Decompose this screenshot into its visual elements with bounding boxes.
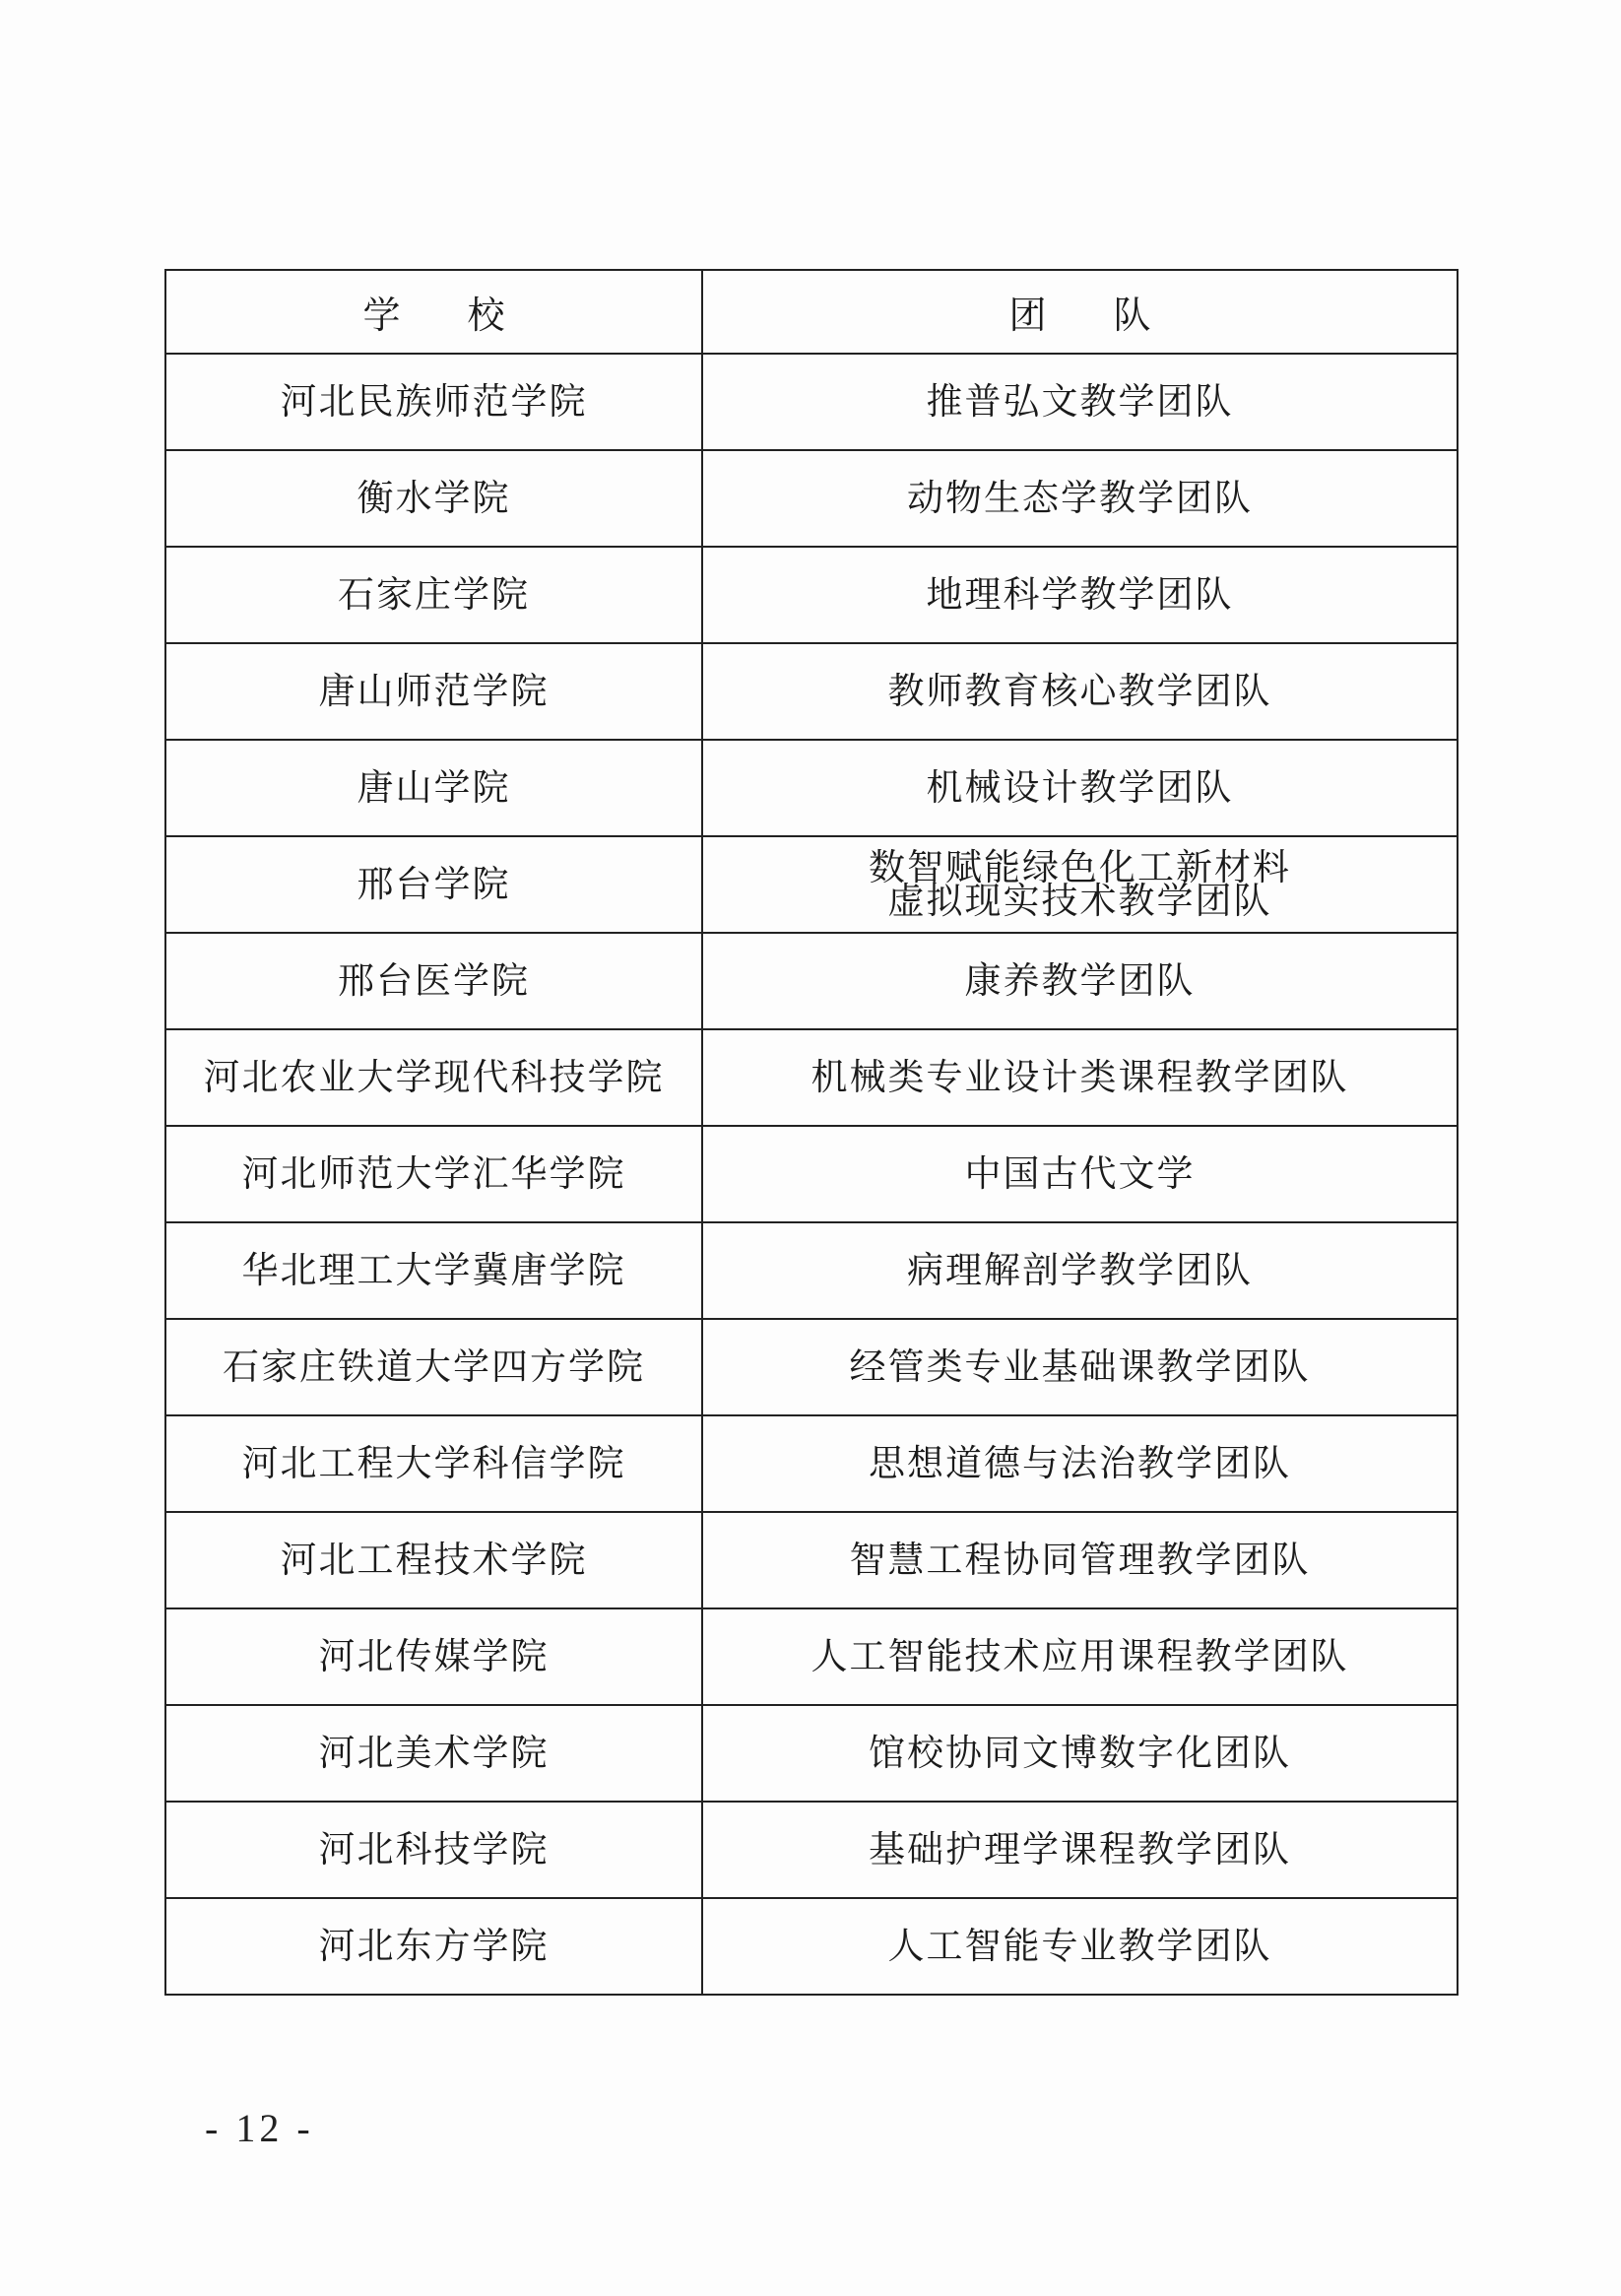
team-cell: 中国古代文学 <box>702 1126 1458 1222</box>
school-cell: 衡水学院 <box>165 450 702 547</box>
school-cell: 邢台医学院 <box>165 933 702 1029</box>
table-row: 唐山师范学院教师教育核心教学团队 <box>165 643 1458 740</box>
team-cell: 动物生态学教学团队 <box>702 450 1458 547</box>
school-cell: 唐山师范学院 <box>165 643 702 740</box>
team-cell: 机械类专业设计类课程教学团队 <box>702 1029 1458 1126</box>
page-number: - 12 - <box>205 2105 314 2151</box>
school-team-table: 学 校 团 队 河北民族师范学院推普弘文教学团队 衡水学院动物生态学教学团队 石… <box>164 269 1459 1996</box>
table-row: 邢台医学院康养教学团队 <box>165 933 1458 1029</box>
team-cell: 地理科学教学团队 <box>702 547 1458 643</box>
team-cell: 智慧工程协同管理教学团队 <box>702 1512 1458 1608</box>
header-school: 学 校 <box>165 270 702 354</box>
team-cell: 思想道德与法治教学团队 <box>702 1415 1458 1512</box>
header-team-label: 团 队 <box>1008 294 1178 337</box>
table-row: 唐山学院机械设计教学团队 <box>165 740 1458 836</box>
header-team: 团 队 <box>702 270 1458 354</box>
team-cell: 教师教育核心教学团队 <box>702 643 1458 740</box>
school-cell: 河北工程大学科信学院 <box>165 1415 702 1512</box>
table-row: 河北工程技术学院智慧工程协同管理教学团队 <box>165 1512 1458 1608</box>
team-cell: 机械设计教学团队 <box>702 740 1458 836</box>
school-cell: 河北传媒学院 <box>165 1608 702 1705</box>
table-row: 邢台学院数智赋能绿色化工新材料虚拟现实技术教学团队 <box>165 836 1458 933</box>
school-cell: 河北科技学院 <box>165 1802 702 1898</box>
team-cell: 人工智能技术应用课程教学团队 <box>702 1608 1458 1705</box>
team-cell: 馆校协同文博数字化团队 <box>702 1705 1458 1802</box>
document-page: 学 校 团 队 河北民族师范学院推普弘文教学团队 衡水学院动物生态学教学团队 石… <box>0 0 1621 2296</box>
table-row: 石家庄铁道大学四方学院经管类专业基础课教学团队 <box>165 1319 1458 1415</box>
school-cell: 邢台学院 <box>165 836 702 933</box>
school-cell: 河北东方学院 <box>165 1898 702 1995</box>
table-row: 河北美术学院馆校协同文博数字化团队 <box>165 1705 1458 1802</box>
table-row: 石家庄学院地理科学教学团队 <box>165 547 1458 643</box>
school-cell: 石家庄铁道大学四方学院 <box>165 1319 702 1415</box>
table-row: 河北科技学院基础护理学课程教学团队 <box>165 1802 1458 1898</box>
school-cell: 河北民族师范学院 <box>165 354 702 450</box>
team-cell: 康养教学团队 <box>702 933 1458 1029</box>
table-row: 河北东方学院人工智能专业教学团队 <box>165 1898 1458 1995</box>
table-row: 河北传媒学院人工智能技术应用课程教学团队 <box>165 1608 1458 1705</box>
school-cell: 唐山学院 <box>165 740 702 836</box>
school-cell: 石家庄学院 <box>165 547 702 643</box>
table-header-row: 学 校 团 队 <box>165 270 1458 354</box>
table-row: 河北农业大学现代科技学院机械类专业设计类课程教学团队 <box>165 1029 1458 1126</box>
table-row: 河北工程大学科信学院思想道德与法治教学团队 <box>165 1415 1458 1512</box>
team-cell: 基础护理学课程教学团队 <box>702 1802 1458 1898</box>
team-cell: 推普弘文教学团队 <box>702 354 1458 450</box>
table-row: 河北师范大学汇华学院中国古代文学 <box>165 1126 1458 1222</box>
table-row: 河北民族师范学院推普弘文教学团队 <box>165 354 1458 450</box>
school-cell: 河北工程技术学院 <box>165 1512 702 1608</box>
table-row: 华北理工大学冀唐学院病理解剖学教学团队 <box>165 1222 1458 1319</box>
header-school-label: 学 校 <box>362 294 532 337</box>
school-cell: 华北理工大学冀唐学院 <box>165 1222 702 1319</box>
school-cell: 河北农业大学现代科技学院 <box>165 1029 702 1126</box>
team-cell: 人工智能专业教学团队 <box>702 1898 1458 1995</box>
school-cell: 河北美术学院 <box>165 1705 702 1802</box>
table-row: 衡水学院动物生态学教学团队 <box>165 450 1458 547</box>
team-cell: 数智赋能绿色化工新材料虚拟现实技术教学团队 <box>702 836 1458 933</box>
school-cell: 河北师范大学汇华学院 <box>165 1126 702 1222</box>
team-cell: 病理解剖学教学团队 <box>702 1222 1458 1319</box>
team-line-2: 虚拟现实技术教学团队 <box>711 885 1449 918</box>
team-cell: 经管类专业基础课教学团队 <box>702 1319 1458 1415</box>
